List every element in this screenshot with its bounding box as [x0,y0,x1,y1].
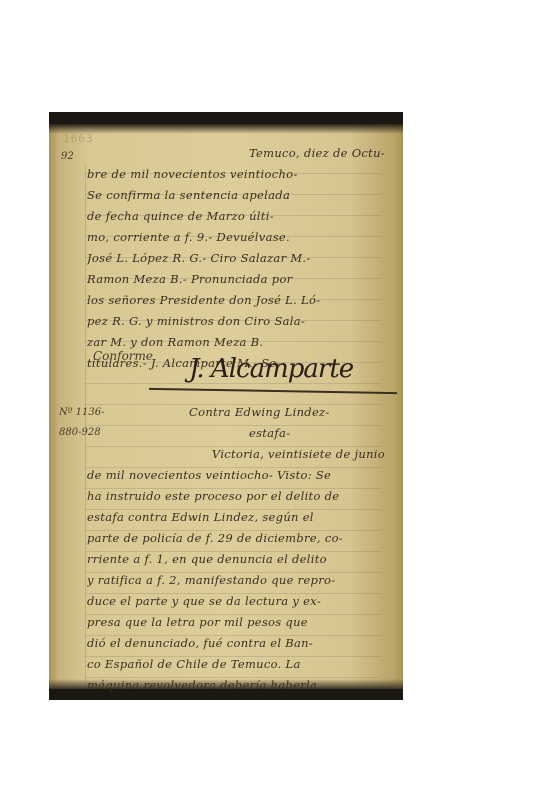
entry1-line: Temuco, diez de Octu- [87,146,385,160]
margin-line [85,164,86,684]
entry1-line: José L. López R. G.- Ciro Salazar M.- [87,251,385,265]
entry1-line: Se confirma la sentencia apelada [87,188,385,202]
signature-underline [149,388,397,394]
entry1-line: zar M. y don Ramon Meza B. [87,335,385,349]
entry2-line: Victoria, veintisiete de junio [87,447,385,461]
case-code: 880-928 [59,427,101,438]
conforme-label: Conforme [93,349,153,363]
entry1-line: de fecha quince de Marzo últi- [87,209,385,223]
page-top-shadow [49,124,403,134]
entry2-line: rriente a f. 1, en que denuncia el delit… [87,552,385,566]
case-number: Nº 1136- [59,407,104,418]
entry2-line: duce el parte y que se da lectura y ex- [87,594,385,608]
stamp-number: 1663 [63,132,94,145]
entry2-line: ha instruido este proceso por el delito … [87,489,385,503]
entry1-line: mo, corriente a f. 9.- Devuélvase. [87,230,385,244]
entry1-line: Ramon Meza B.- Pronunciada por [87,272,385,286]
entry2-line: presa que la letra por mil pesos que [87,615,385,629]
entry2-line: y ratifica a f. 2, manifestando que repr… [87,573,385,587]
entry2-line: de mil novecientos veintiocho- Visto: Se [87,468,385,482]
case-heading: Contra Edwing Lindez- [189,405,385,419]
entry2-line: máquina revolvedora debería haberla [87,678,385,692]
folio-number: 92 [61,151,74,162]
ledger-page: 1663 92 Temuco, diez de Octu- bre de mil… [49,124,403,689]
entry2-line: parte de policía de f. 29 de diciembre, … [87,531,385,545]
case-subheading: estafa- [249,426,385,440]
entry2-line: estafa contra Edwin Lindez, según el [87,510,385,524]
entry1-line: pez R. G. y ministros don Ciro Sala- [87,314,385,328]
entry1-line: bre de mil novecientos veintiocho- [87,167,385,181]
clerk-signature: J. Alcamparte [189,354,353,384]
entry2-line: co Español de Chile de Temuco. La [87,657,385,671]
entry1-line: los señores Presidente don José L. Ló- [87,293,385,307]
entry2-line: dió el denunciado, fué contra el Ban- [87,636,385,650]
